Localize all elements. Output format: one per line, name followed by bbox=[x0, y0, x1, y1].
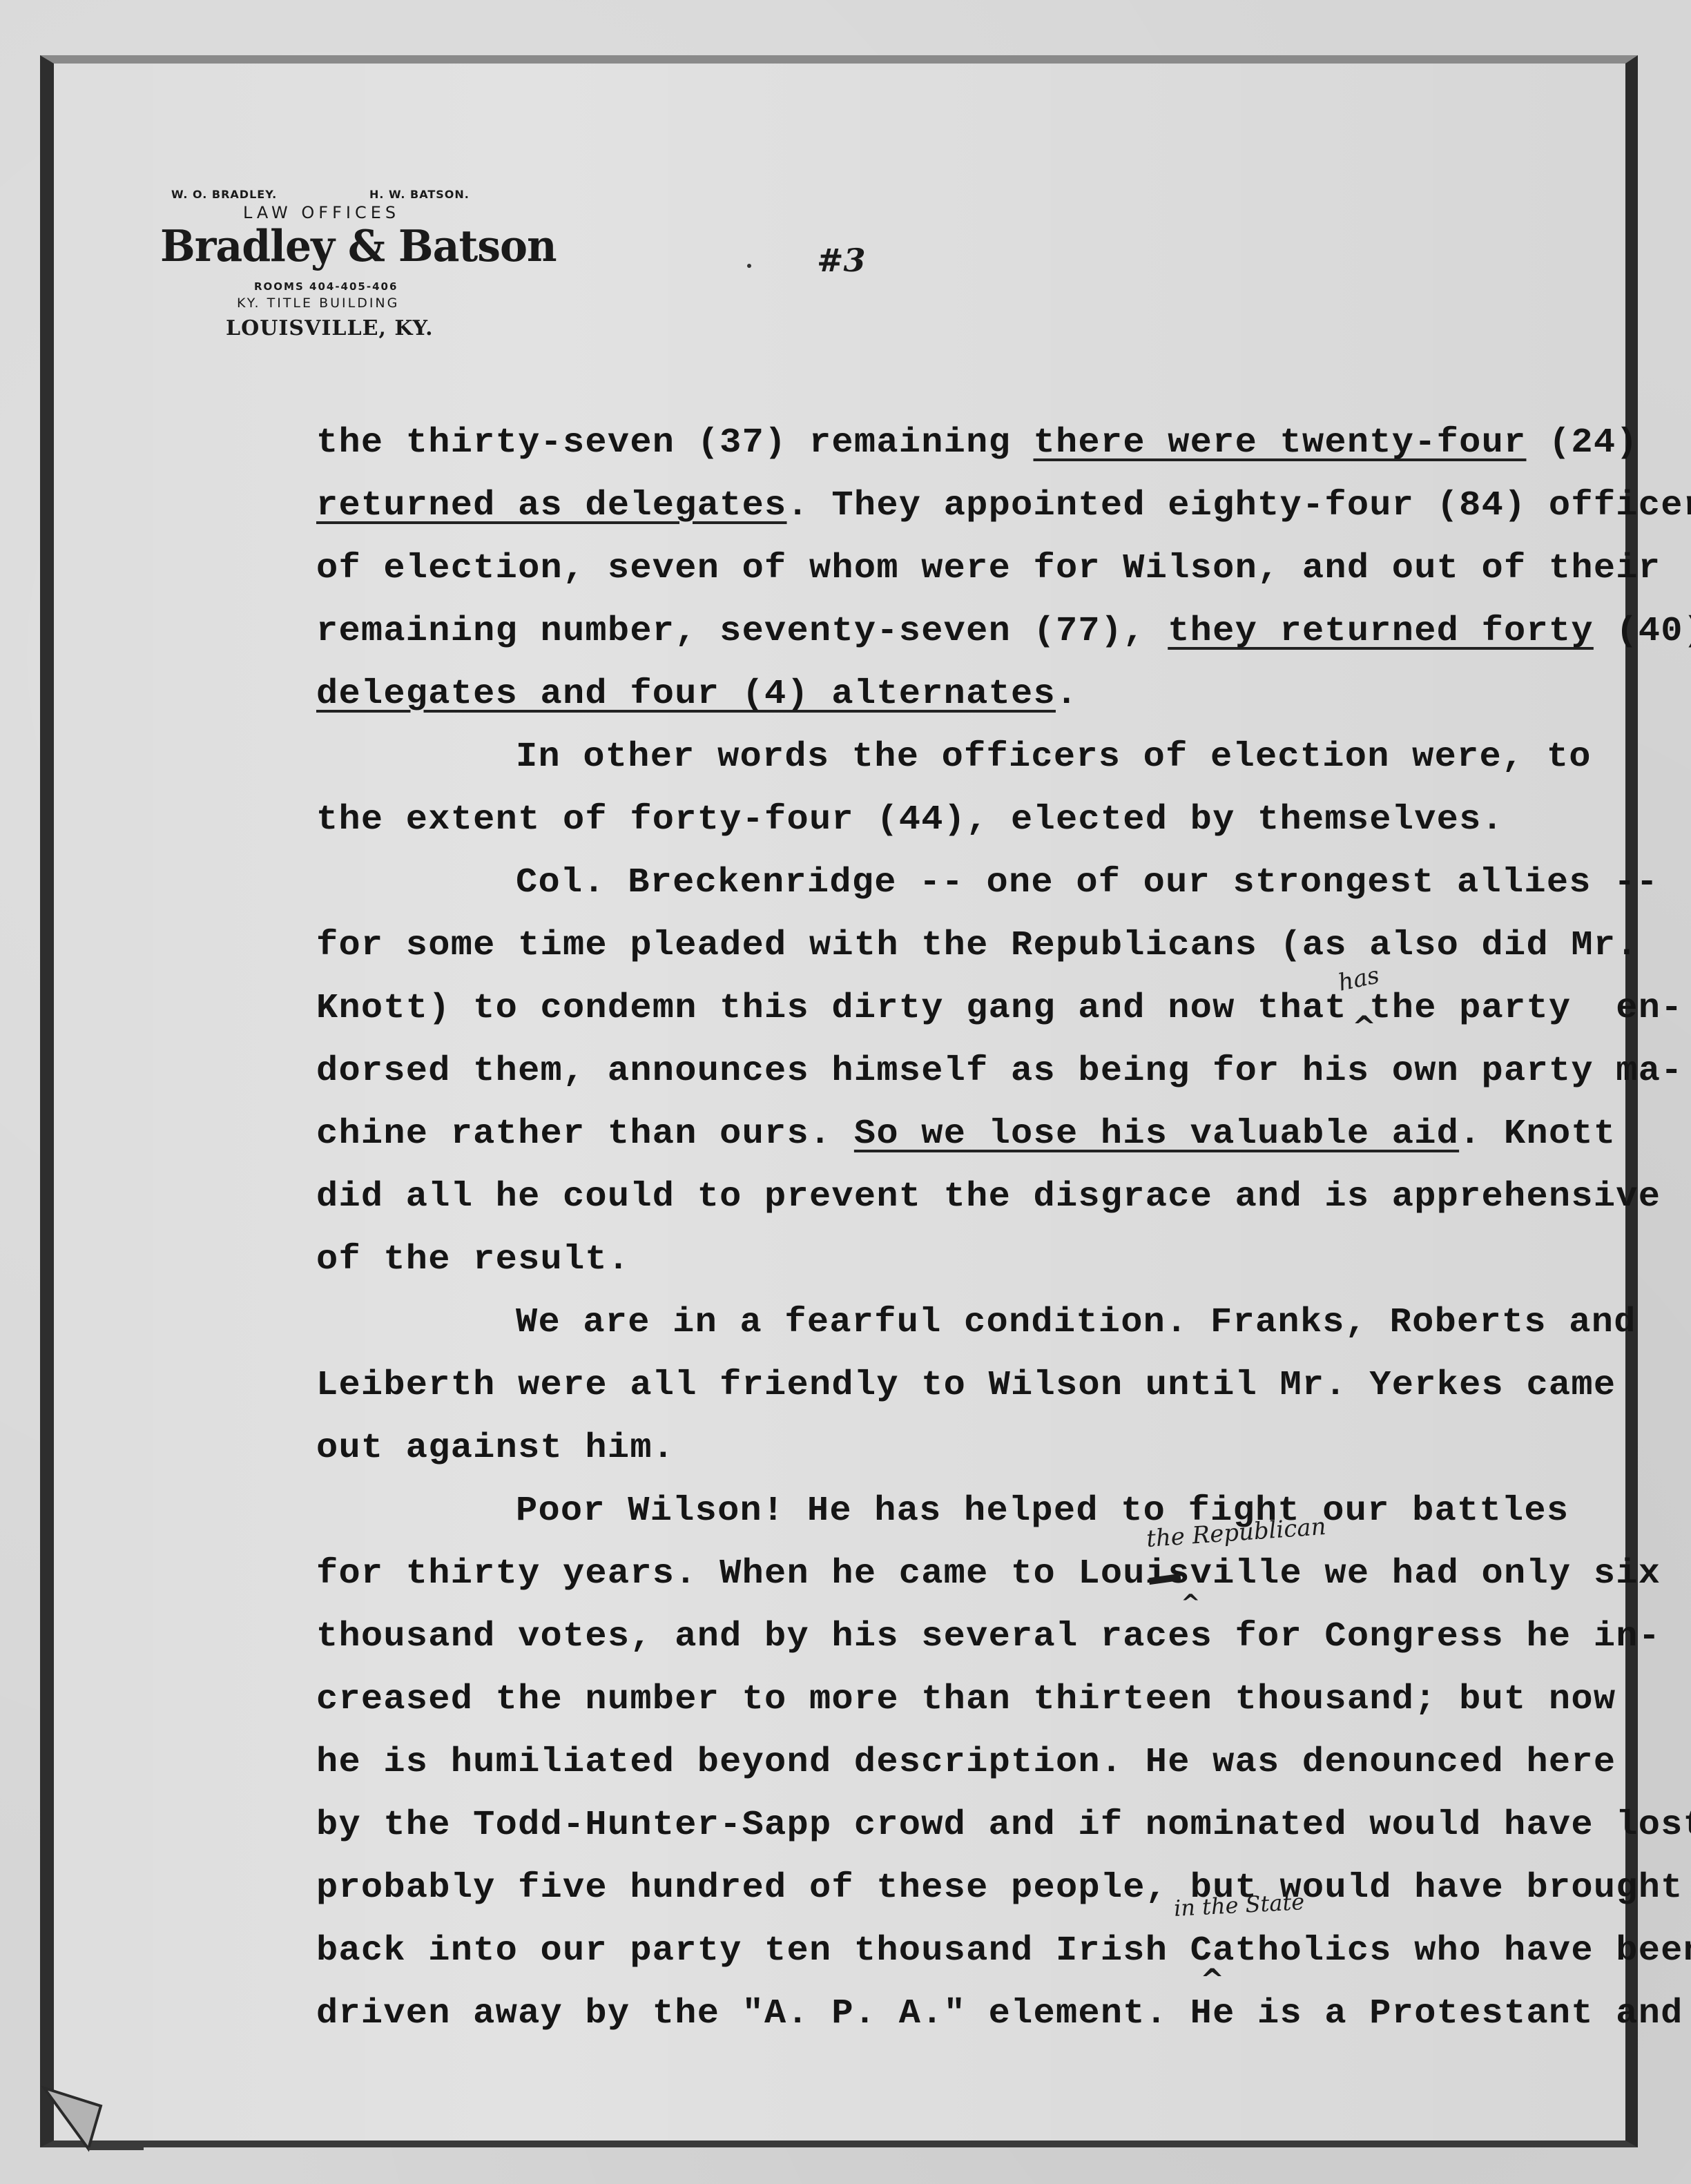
body-line: We are in a fearful condition. Franks, R… bbox=[516, 1302, 1636, 1344]
rooms-label: ROOMS 404-405-406 bbox=[254, 280, 398, 293]
body-line: did all he could to prevent the disgrace… bbox=[316, 1177, 1661, 1218]
body-line: remaining number, seventy-seven (77), th… bbox=[316, 611, 1691, 653]
body-line: he is humiliated beyond description. He … bbox=[316, 1742, 1616, 1784]
body-line: of election, seven of whom were for Wils… bbox=[316, 548, 1661, 590]
body-line: by the Todd-Hunter-Sapp crowd and if nom… bbox=[316, 1805, 1691, 1846]
body-line: the extent of forty-four (44), elected b… bbox=[316, 800, 1504, 841]
body-line: of the result. bbox=[316, 1239, 630, 1281]
body-line: returned as delegates. They appointed ei… bbox=[316, 485, 1691, 527]
body-line: thousand votes, and by his several races… bbox=[316, 1616, 1661, 1658]
page-number: #3 bbox=[817, 242, 866, 279]
insertion-caret: ^ bbox=[1200, 1962, 1224, 1996]
firm-name: Bradley & Batson bbox=[160, 221, 557, 272]
body-line: Knott) to condemn this dirty gang and no… bbox=[316, 988, 1683, 1030]
partner-left: W. O. BRADLEY. bbox=[171, 188, 277, 201]
ink-dot bbox=[747, 264, 751, 268]
body-line: driven away by the "A. P. A." element. H… bbox=[316, 1993, 1683, 2035]
body-line: for some time pleaded with the Republica… bbox=[316, 925, 1639, 967]
body-line: out against him. bbox=[316, 1428, 675, 1469]
body-line: probably five hundred of these people, b… bbox=[316, 1868, 1683, 1909]
insertion-caret: ^ bbox=[1181, 1589, 1201, 1617]
body-line: creased the number to more than thirteen… bbox=[316, 1679, 1616, 1721]
building-label: KY. TITLE BUILDING bbox=[237, 296, 399, 311]
folded-corner bbox=[40, 2085, 144, 2154]
law-offices-label: LAW OFFICES bbox=[243, 203, 400, 222]
body-line: delegates and four (4) alternates. bbox=[316, 674, 1078, 715]
insertion-caret: ^ bbox=[1352, 1009, 1376, 1043]
body-line: Col. Breckenridge -- one of our stronges… bbox=[516, 862, 1659, 904]
body-line: Leiberth were all friendly to Wilson unt… bbox=[316, 1365, 1616, 1407]
body-line: Poor Wilson! He has helped to fight our … bbox=[516, 1491, 1569, 1532]
body-line: back into our party ten thousand Irish C… bbox=[316, 1931, 1691, 1972]
body-line: dorsed them, announces himself as being … bbox=[316, 1051, 1683, 1092]
partner-right: H. W. BATSON. bbox=[369, 188, 470, 201]
city-label: LOUISVILLE, KY. bbox=[226, 316, 434, 340]
body-line: for thirty years. When he came to Louisv… bbox=[316, 1554, 1661, 1595]
body-line: In other words the officers of election … bbox=[516, 737, 1592, 778]
body-line: chine rather than ours. So we lose his v… bbox=[316, 1114, 1616, 1155]
body-line: the thirty-seven (37) remaining there we… bbox=[316, 423, 1639, 464]
